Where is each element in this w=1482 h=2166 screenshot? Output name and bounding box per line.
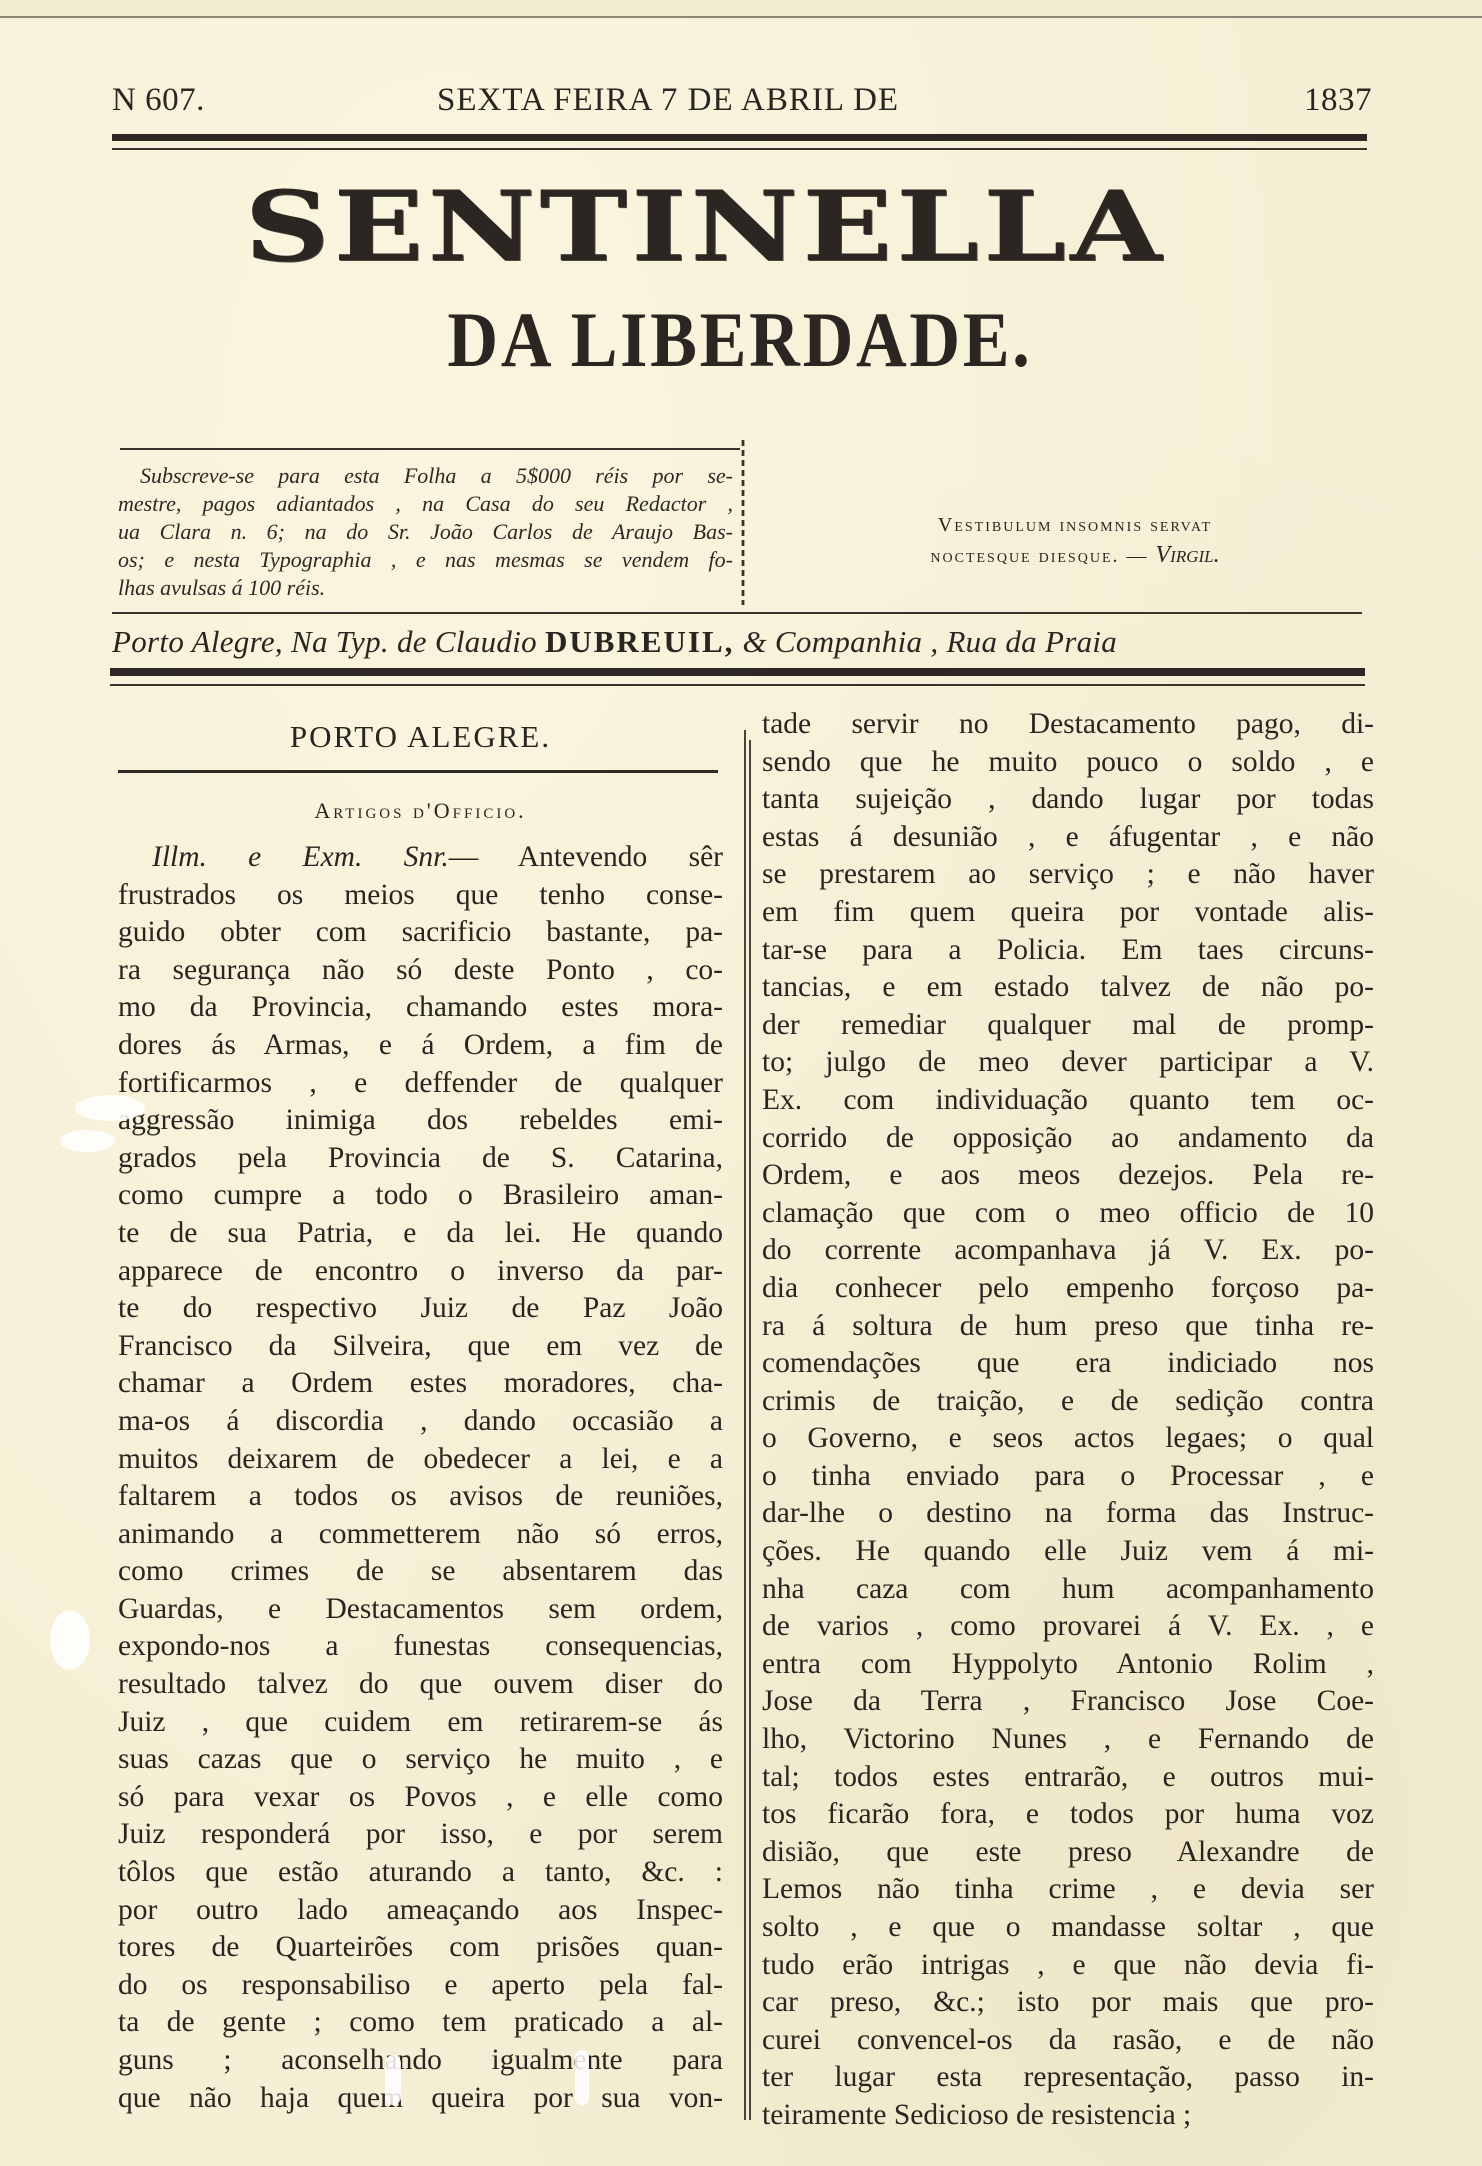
article-line: crimis de traição, e de sedição contra <box>762 1383 1374 1421</box>
article-line: o Governo, e seos actos legaes; o qual <box>762 1420 1374 1458</box>
motto-attribution: Virgil. <box>1156 542 1220 568</box>
imprint-line: Porto Alegre, Na Typ. de Claudio DUBREUI… <box>112 622 1377 662</box>
article-line: Juiz , que cuidem em retirarem-se ás <box>118 1704 723 1742</box>
article-line: te de sua Patria, e da lei. He quando <box>118 1215 723 1253</box>
article-line: dar-lhe o destino na forma das Instruc- <box>762 1495 1374 1533</box>
article-line: do os responsabiliso e aperto pela fal- <box>118 1967 723 2005</box>
article-line: Ex. com individuação quanto tem oc- <box>762 1082 1374 1120</box>
article-line: o tinha enviado para o Processar , e <box>762 1458 1374 1496</box>
paper-damage <box>50 1610 90 1670</box>
article-line: Ordem, e aos meos dezejos. Pela re- <box>762 1157 1374 1195</box>
column-divider <box>749 740 751 2120</box>
subscription-line: ua Clara n. 6; na do Sr. João Carlos de … <box>118 518 733 546</box>
article-line: Illm. e Exm. Snr.— Antevendo sêr <box>118 839 723 877</box>
article-line: sendo que he muito pouco o soldo , e <box>762 744 1374 782</box>
article-line: corrido de opposição ao andamento da <box>762 1120 1374 1158</box>
article-line: te do respectivo Juiz de Paz João <box>118 1290 723 1328</box>
article-column-right: tade servir no Destacamento pago, di- se… <box>762 706 1374 2135</box>
motto-line-1: Vestibulum insomnis servat <box>860 510 1290 540</box>
article-line: de varios , como provarei á V. Ex. , e <box>762 1608 1374 1646</box>
article-line: em fim quem queira por vontade alis- <box>762 894 1374 932</box>
article-line: entra com Hyppolyto Antonio Rolim , <box>762 1646 1374 1684</box>
article-line: por outro lado ameaçando aos Inspec- <box>118 1892 723 1930</box>
article-line: dia conhecer pelo empenho forçoso pa- <box>762 1270 1374 1308</box>
article-line: disião, que este preso Alexandre de <box>762 1834 1374 1872</box>
article-line: guido obter com sacrificio bastante, pa- <box>118 914 723 952</box>
article-line: tanta sujeição , dando lugar por todas <box>762 781 1374 819</box>
article-line: ma-os á discordia , dando occasião a <box>118 1403 723 1441</box>
article-line: animando a commetterem não só erros, <box>118 1516 723 1554</box>
motto-line-2: noctesque diesque. — Virgil. <box>860 540 1290 571</box>
article-line: nha caza com hum acompanhamento <box>762 1571 1374 1609</box>
article-line: chamar a Ordem estes moradores, cha- <box>118 1365 723 1403</box>
paper-damage <box>60 1130 115 1152</box>
imprint-rule-thin <box>110 684 1365 686</box>
header-rule-thick <box>112 134 1367 141</box>
article-line: resultado talvez do que ouvem diser do <box>118 1666 723 1704</box>
article-line: muitos deixarem de obedecer a lei, e a <box>118 1441 723 1479</box>
article-line: tudo erão intrigas , e que não devia fi- <box>762 1947 1374 1985</box>
article-line: se prestarem ao serviço ; e não haver <box>762 856 1374 894</box>
article-line: Juiz responderá por isso, e por serem <box>118 1816 723 1854</box>
masthead-title: SENTINELLA <box>200 178 1210 275</box>
article-line: ra á soltura de hum preso que tinha re- <box>762 1308 1374 1346</box>
article-line: grados pela Provincia de S. Catarina, <box>118 1140 723 1178</box>
article-line: tade servir no Destacamento pago, di- <box>762 706 1374 744</box>
subscription-line: mestre, pagos adiantados , na Casa do se… <box>118 490 733 518</box>
subscription-rule <box>120 448 740 450</box>
article-line: faltarem a todos os avisos de reuniões, <box>118 1478 723 1516</box>
article-line: tar-se para a Policia. Em taes circuns- <box>762 932 1374 970</box>
imprint-rule-thick <box>110 668 1365 676</box>
article-line: teiramente Sedicioso de resistencia ; <box>762 2097 1374 2135</box>
article-line: Lemos não tinha crime , e devia ser <box>762 1871 1374 1909</box>
article-line: tos ficarão fora, e todos por huma voz <box>762 1796 1374 1834</box>
motto-line-2-text: noctesque diesque. — <box>930 545 1148 567</box>
paper-damage <box>575 2050 589 2105</box>
article-line: que não haja quem queira por sua von- <box>118 2080 723 2118</box>
section-subtitle: Artigos d'Officio. <box>118 791 723 831</box>
column-divider <box>744 730 746 2120</box>
article-line: comendações que era indiciado nos <box>762 1345 1374 1383</box>
subscription-notice: Subscreve-se para esta Folha a 5$000 réi… <box>118 462 733 602</box>
imprint-suffix: & Companhia , Rua da Praia <box>742 624 1117 659</box>
article-line: clamação que com o meo officio de 10 <box>762 1195 1374 1233</box>
article-line: ções. He quando elle Juiz vem á mi- <box>762 1533 1374 1571</box>
article-line: guns ; aconselhando igualmente para <box>118 2042 723 2080</box>
subscription-line: Subscreve-se para esta Folha a 5$000 réi… <box>118 462 733 490</box>
motto: Vestibulum insomnis servat noctesque die… <box>860 510 1290 571</box>
article-line: ra segurança não só deste Ponto , co- <box>118 952 723 990</box>
paper-damage <box>385 2055 401 2105</box>
article-line: apparece de encontro o inverso da par- <box>118 1253 723 1291</box>
issue-number: N 607. <box>112 82 205 119</box>
imprint-prefix: Porto Alegre, Na Typ. de Claudio <box>112 624 537 659</box>
section-title: PORTO ALEGRE. <box>118 714 723 760</box>
article-line: Guardas, e Destacamentos sem ordem, <box>118 1591 723 1629</box>
imprint-printer: DUBREUIL, <box>545 624 734 659</box>
header-rule-thin <box>112 148 1367 150</box>
article-line: tal; todos estes entrarão, e outros mui- <box>762 1759 1374 1797</box>
imprint-rule-top <box>112 612 1362 614</box>
issue-year: 1837 <box>1304 82 1372 119</box>
article-line: der remediar qualquer mal de promp- <box>762 1007 1374 1045</box>
article-line: lho, Victorino Nunes , e Fernando de <box>762 1721 1374 1759</box>
article-line: aggressão inimiga dos rebeldes emi- <box>118 1102 723 1140</box>
article-line: mo da Provincia, chamando estes mora- <box>118 989 723 1027</box>
article-line: tôlos que estão aturando a tanto, &c. : <box>118 1854 723 1892</box>
article-line: só para vexar os Povos , e elle como <box>118 1779 723 1817</box>
article-line: tancias, e em estado talvez de não po- <box>762 969 1374 1007</box>
paper-damage <box>75 1095 145 1121</box>
subscription-line: os; e nesta Typographia , e nas mesmas s… <box>118 546 733 574</box>
article-line: tores de Quarteirões com prisões quan- <box>118 1929 723 1967</box>
article-line: to; julgo de meo dever participar a V. <box>762 1044 1374 1082</box>
section-rule <box>118 770 718 773</box>
subscription-line: lhas avulsas á 100 réis. <box>118 574 733 602</box>
article-column-left: PORTO ALEGRE. Artigos d'Officio. Illm. e… <box>118 706 723 2117</box>
article-line: Francisco da Silveira, que em vez de <box>118 1328 723 1366</box>
dateline: N 607. SEXTA FEIRA 7 DE ABRIL DE 1837 <box>112 82 1362 122</box>
article-line: ter lugar esta representação, passo in- <box>762 2059 1374 2097</box>
article-line: dores ás Armas, e á Ordem, a fim de <box>118 1027 723 1065</box>
article-line: suas cazas que o serviço he muito , e <box>118 1741 723 1779</box>
article-line: frustrados os meios que tenho conse- <box>118 877 723 915</box>
article-line: como cumpre a todo o Brasileiro aman- <box>118 1177 723 1215</box>
article-line: curei convencel-os da rasão, e de não <box>762 2022 1374 2060</box>
masthead-subtitle: DA LIBERDADE. <box>425 300 1055 380</box>
article-line: solto , e que o mandasse soltar , que <box>762 1909 1374 1947</box>
article-line: fortificarmos , e deffender de qualquer <box>118 1065 723 1103</box>
article-line: expondo-nos a funestas consequencias, <box>118 1628 723 1666</box>
issue-date: SEXTA FEIRA 7 DE ABRIL DE <box>437 82 899 119</box>
article-line: estas á desunião , e áfugentar , e não <box>762 819 1374 857</box>
salutation: Illm. e Exm. Snr. <box>152 841 449 873</box>
article-line: Jose da Terra , Francisco Jose Coe- <box>762 1683 1374 1721</box>
article-line: como crimes de se absentarem das <box>118 1553 723 1591</box>
article-line: car preso, &c.; isto por mais que pro- <box>762 1984 1374 2022</box>
article-line: ta de gente ; como tem praticado a al- <box>118 2004 723 2042</box>
article-line: do corrente acompanhava já V. Ex. po- <box>762 1232 1374 1270</box>
